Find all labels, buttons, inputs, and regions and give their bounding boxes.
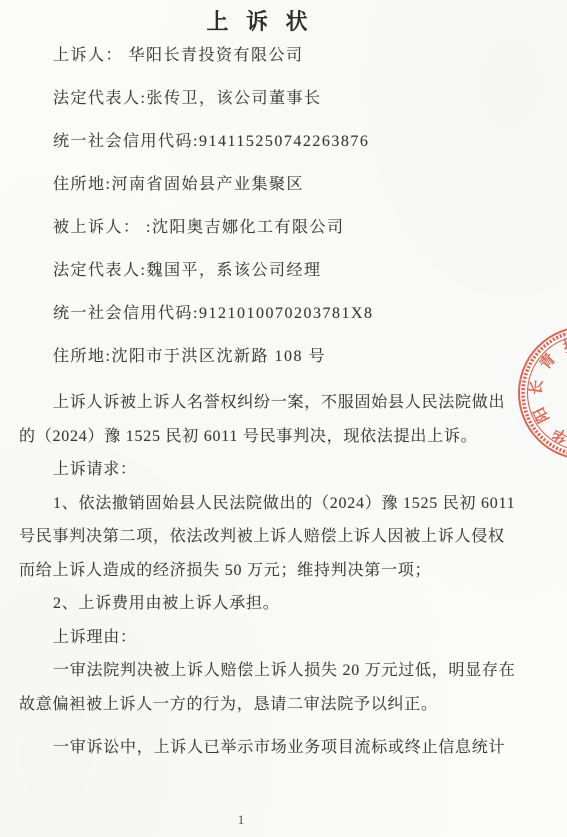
appeal-reason-heading: 上诉理由： (19, 621, 517, 655)
appellee-line: 被上诉人： :沈阳奥吉娜化工有限公司 (19, 206, 517, 249)
appellant-line: 上诉人： 华阳长青投资有限公司 (19, 34, 517, 77)
party-info-block: 上诉人： 华阳长青投资有限公司 法定代表人:张传卫，该公司董事长 统一社会信用代… (19, 34, 517, 378)
document-content: 上 诉 状 上诉人： 华阳长青投资有限公司 法定代表人:张传卫，该公司董事长 统… (0, 0, 567, 829)
body-line: 号民事判决第二项，依法改判被上诉人赔偿上诉人因被上诉人侵权 (19, 520, 517, 554)
appellee-address-line: 住所地:沈阳市于洪区沈新路 108 号 (19, 335, 517, 378)
body-line: 1、依法撤销固始县人民法院做出的（2024）豫 1525 民初 6011 (19, 487, 517, 521)
appellant-address-line: 住所地:河南省固始县产业集聚区 (19, 163, 517, 206)
body-line: 上诉人诉被上诉人名誉权纠纷一案，不服固始县人民法院做出 (19, 386, 517, 420)
appeal-request-heading: 上诉请求： (19, 453, 517, 487)
appellant-credit-code-line: 统一社会信用代码:914115250742263876 (19, 120, 517, 163)
appellant-legal-rep-line: 法定代表人:张传卫，该公司董事长 (19, 77, 517, 120)
page-number: 1 (238, 811, 245, 829)
body-line: 一审法院判决被上诉人赔偿上诉人损失 20 万元过低，明显存在 (19, 654, 517, 688)
body-line: 而给上诉人造成的经济损失 50 万元；维持判决第一项； (19, 554, 517, 588)
appellee-credit-code-line: 统一社会信用代码:9121010070203781X8 (19, 292, 517, 335)
appellee-legal-rep-line: 法定代表人:魏国平，系该公司经理 (19, 249, 517, 292)
document-title: 上 诉 状 (206, 9, 313, 34)
scanned-appeal-document-page: 上 诉 状 上诉人： 华阳长青投资有限公司 法定代表人:张传卫，该公司董事长 统… (0, 0, 567, 837)
body-line: 一审诉讼中，上诉人已举示市场业务项目流标或终止信息统计 (19, 731, 517, 765)
body-line: 2、上诉费用由被上诉人承担。 (19, 587, 517, 621)
body-line: 的（2024）豫 1525 民初 6011 号民事判决，现依法提出上诉。 (19, 420, 517, 454)
body-line: 故意偏袒被上诉人一方的行为，恳请二审法院予以纠正。 (19, 688, 517, 722)
document-body: 上诉人诉被上诉人名誉权纠纷一案，不服固始县人民法院做出 的（2024）豫 152… (19, 386, 517, 765)
